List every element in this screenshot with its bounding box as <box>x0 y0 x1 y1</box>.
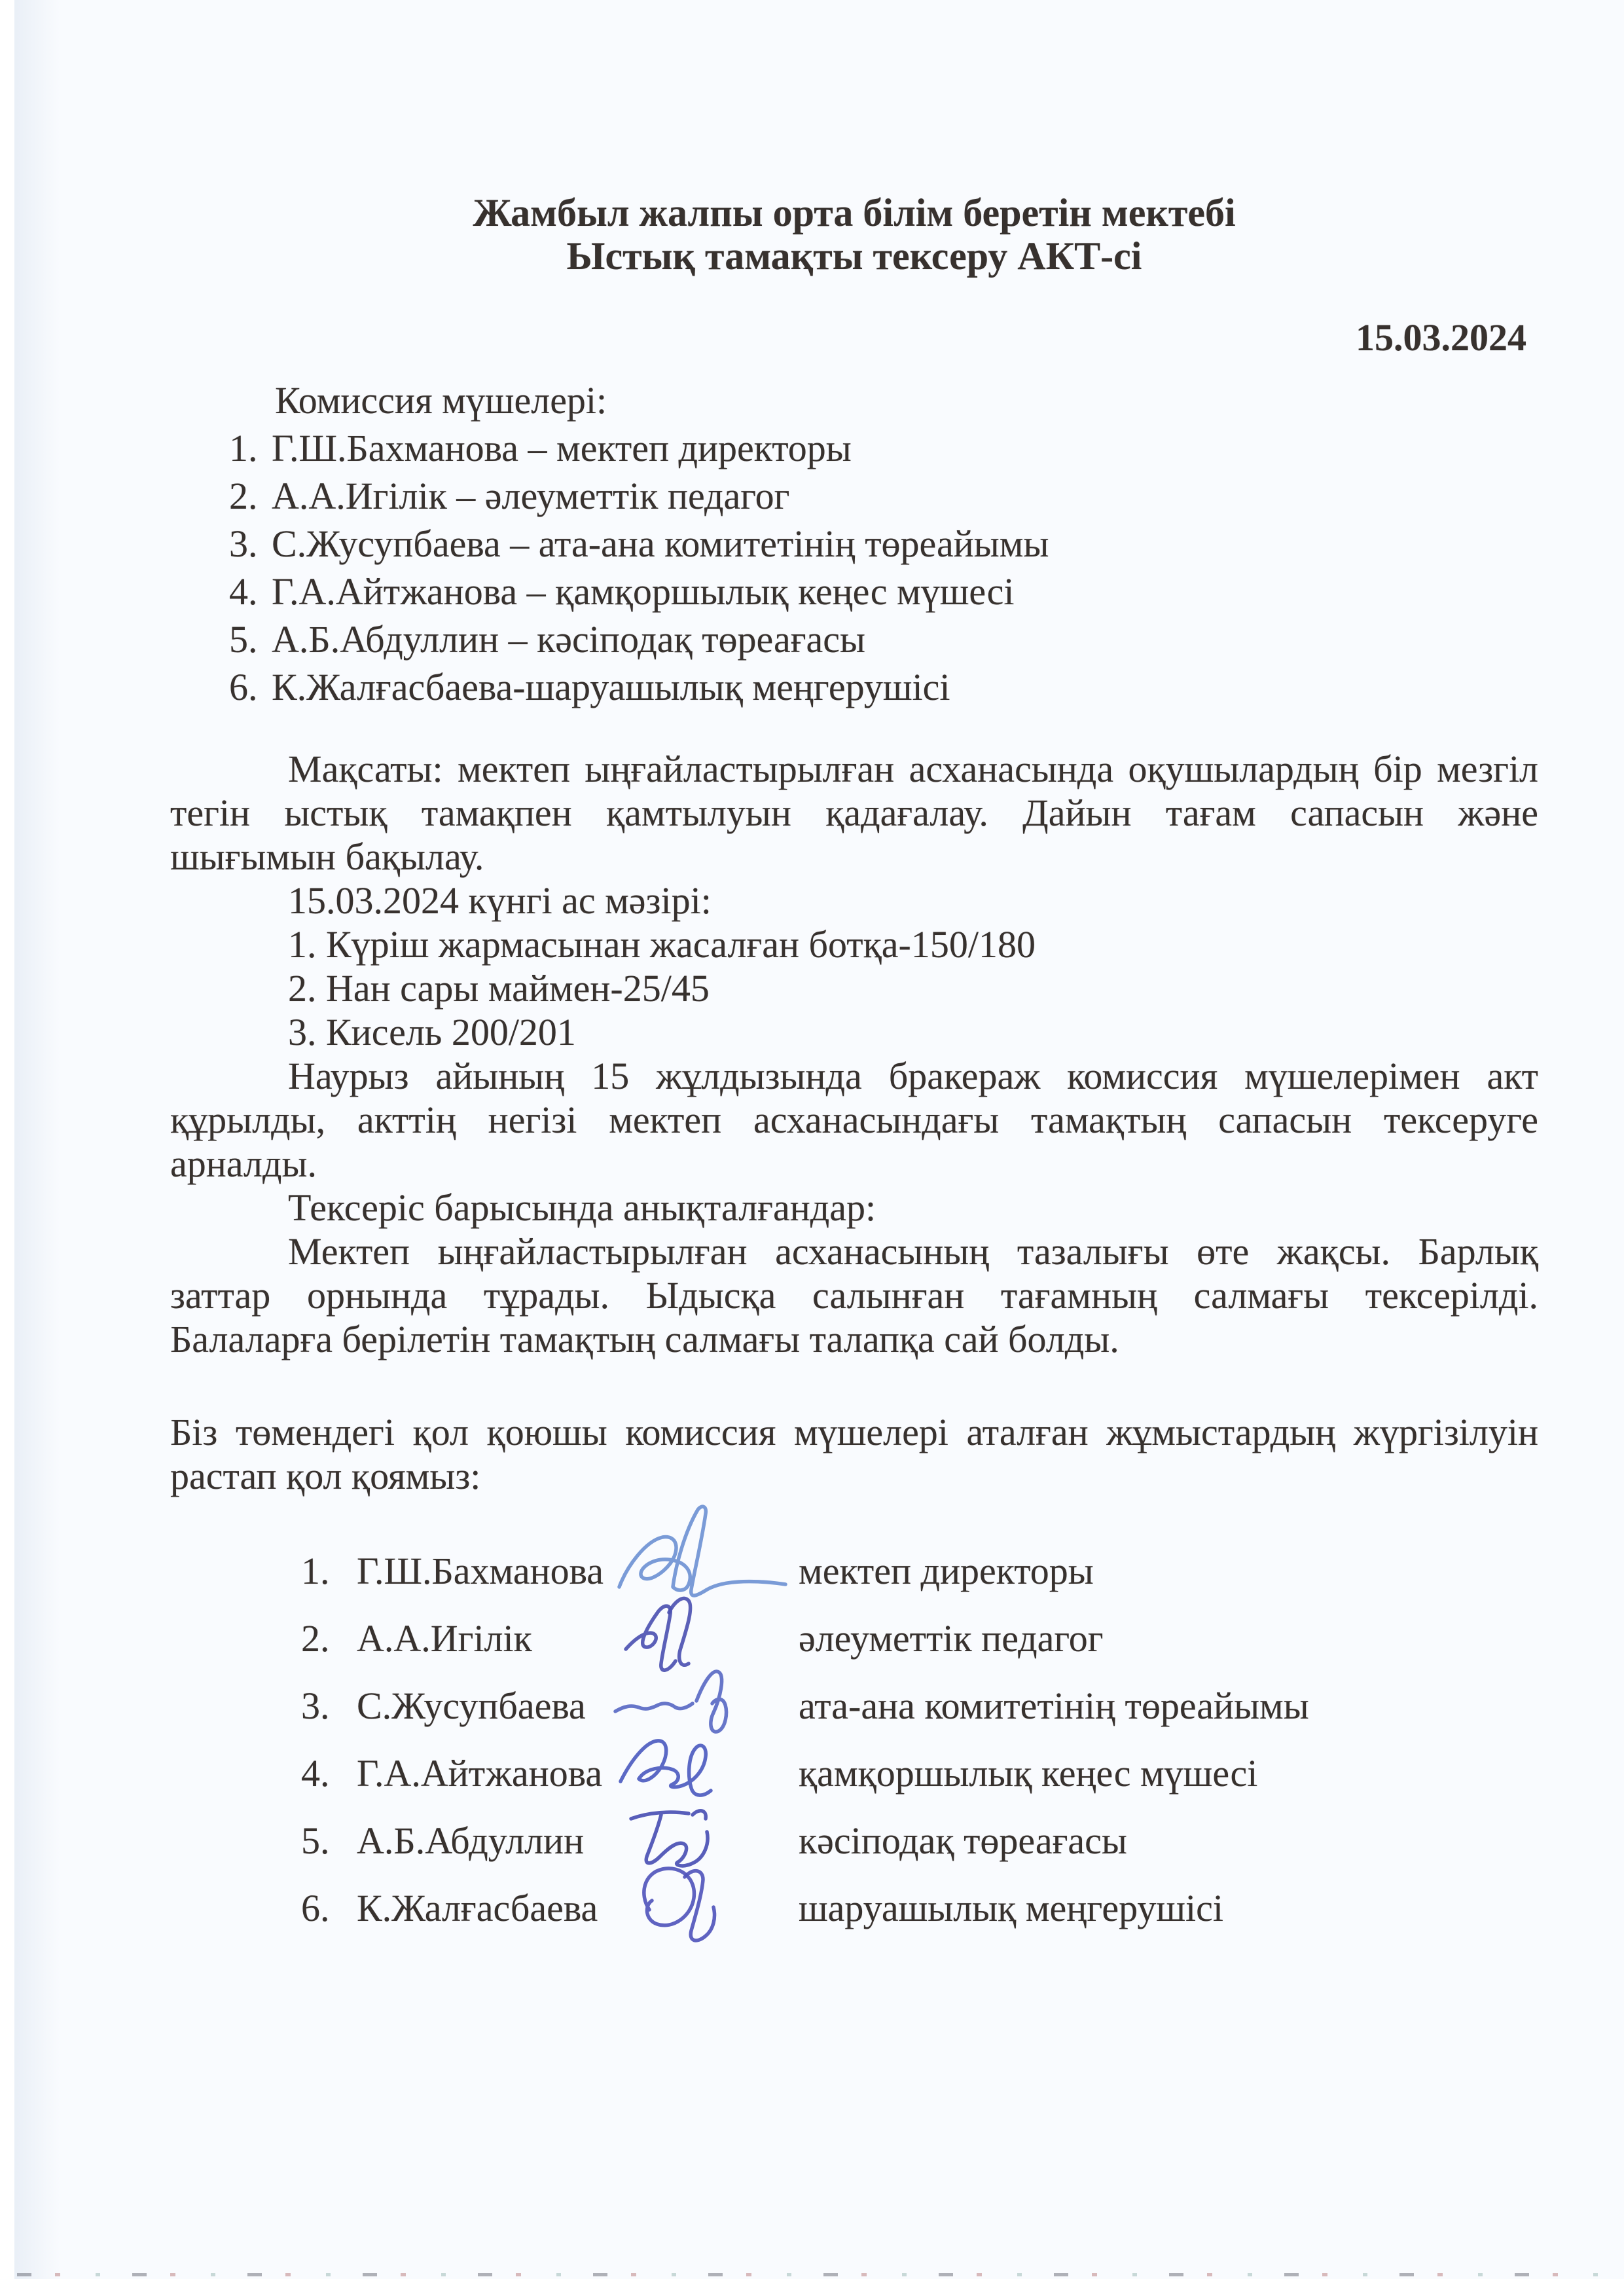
scanned-document-page: Жамбыл жалпы орта білім беретін мектебі … <box>0 0 1624 2296</box>
signature-name: Г.Ш.Бахманова <box>357 1537 615 1605</box>
signature-role: әлеуметтік педагог <box>799 1605 1538 1672</box>
scan-artifact-line <box>17 2273 1616 2276</box>
menu-item: 2. Нан сары маймен-25/45 <box>288 966 1538 1010</box>
member-number: 2. <box>229 472 272 520</box>
findings-paragraph: Мектеп ыңғайластырылған асханасының таза… <box>170 1230 1538 1361</box>
member-text: С.Жусупбаева – ата-ана комитетінің төреа… <box>272 520 1049 568</box>
signature-row: 4. Г.А.Айтжанова қамқоршылық кеңес мүшес… <box>301 1740 1538 1807</box>
signature-row: 3. С.Жусупбаева ата-ана комитетінің төре… <box>301 1672 1538 1740</box>
closing-line: растап қол қоямыз: <box>170 1454 1538 1498</box>
menu-item: 1. Күріш жармасынан жасалған ботқа-150/1… <box>288 922 1538 966</box>
member-text: А.Б.Абдуллин – кәсіподақ төреағасы <box>272 615 865 663</box>
purpose-line: Мақсаты: мектеп ыңғайластырылған асханас… <box>170 747 1538 791</box>
commission-section: Комиссия мүшелері: 1. Г.Ш.Бахманова – ме… <box>170 376 1538 711</box>
signature-role: мектеп директоры <box>799 1537 1538 1605</box>
findings-line: Мектеп ыңғайластырылған асханасының таза… <box>170 1230 1538 1273</box>
member-text: К.Жалғасбаева-шаруашылық меңгерушісі <box>272 663 950 711</box>
member-number: 6. <box>229 663 272 711</box>
closing-line: Біз төмендегі қол қоюшы комиссия мүшелер… <box>170 1410 1538 1454</box>
signature-number: 2. <box>301 1605 357 1672</box>
member-text: Г.Ш.Бахманова – мектеп директоры <box>272 424 852 472</box>
findings-line: Балаларға берілетін тамақтың салмағы тал… <box>170 1317 1538 1361</box>
signature-number: 3. <box>301 1672 357 1740</box>
commission-member: 3. С.Жусупбаева – ата-ана комитетінің тө… <box>229 520 1538 568</box>
signature-number: 5. <box>301 1807 357 1874</box>
commission-member: 4. Г.А.Айтжанова – қамқоршылық кеңес мүш… <box>229 568 1538 615</box>
signature-row: 1. Г.Ш.Бахманова мектеп директоры <box>301 1537 1538 1605</box>
menu-item: 3. Кисель 200/201 <box>288 1010 1538 1054</box>
signature-table: 1. Г.Ш.Бахманова мектеп директоры 2. А.А… <box>170 1537 1538 1942</box>
member-number: 3. <box>229 520 272 568</box>
document-date: 15.03.2024 <box>170 316 1538 359</box>
document-title-line2: Ыстық тамақты тексеру АКТ-сі <box>170 234 1538 278</box>
signature-name: К.Жалғасбаева <box>357 1874 615 1942</box>
commission-member: 1. Г.Ш.Бахманова – мектеп директоры <box>229 424 1538 472</box>
signature-name: А.Б.Абдуллин <box>357 1807 615 1874</box>
signature-role: қамқоршылық кеңес мүшесі <box>799 1740 1538 1807</box>
signature-row: 2. А.А.Игілік әлеуметтік педагог <box>301 1605 1538 1672</box>
signature-number: 6. <box>301 1874 357 1942</box>
member-number: 4. <box>229 568 272 615</box>
handwritten-signature <box>615 1874 799 1942</box>
act-line: арналды. <box>170 1142 1538 1186</box>
signature-role: ата-ана комитетінің төреайымы <box>799 1672 1538 1740</box>
findings-line: заттар орнында тұрады. Ыдысқа салынған т… <box>170 1273 1538 1317</box>
commission-member: 5. А.Б.Абдуллин – кәсіподақ төреағасы <box>229 615 1538 663</box>
commission-member: 2. А.А.Игілік – әлеуметтік педагог <box>229 472 1538 520</box>
document-content: Жамбыл жалпы орта білім беретін мектебі … <box>170 0 1538 1942</box>
act-line: құрылды, акттің негізі мектеп асханасынд… <box>170 1098 1538 1142</box>
act-paragraph: Наурыз айының 15 жұлдызында бракераж ком… <box>170 1054 1538 1186</box>
signature-name: Г.А.Айтжанова <box>357 1740 615 1807</box>
menu-heading: 15.03.2024 күнгі ас мәзірі: <box>288 879 1538 922</box>
member-text: А.А.Игілік – әлеуметтік педагог <box>272 472 789 520</box>
purpose-paragraph: Мақсаты: мектеп ыңғайластырылған асханас… <box>170 747 1538 879</box>
member-text: Г.А.Айтжанова – қамқоршылық кеңес мүшесі <box>272 568 1014 615</box>
act-line: Наурыз айының 15 жұлдызында бракераж ком… <box>170 1054 1538 1098</box>
member-number: 5. <box>229 615 272 663</box>
signature-number: 1. <box>301 1537 357 1605</box>
signature-role: кәсіподақ төреағасы <box>799 1807 1538 1874</box>
findings-heading: Тексеріс барысында анықталғандар: <box>170 1186 1538 1230</box>
signature-row: 5. А.Б.Абдуллин кәсіподақ төреағасы <box>301 1807 1538 1874</box>
signature-row: 6. К.Жалғасбаева шаруашылық меңгерушісі <box>301 1874 1538 1942</box>
document-title-line1: Жамбыл жалпы орта білім беретін мектебі <box>170 191 1538 234</box>
menu-section: 15.03.2024 күнгі ас мәзірі: 1. Күріш жар… <box>170 879 1538 1054</box>
member-number: 1. <box>229 424 272 472</box>
signature-name: А.А.Игілік <box>357 1605 615 1672</box>
purpose-line: тегін ыстық тамақпен қамтылуын қадағалау… <box>170 791 1538 835</box>
signature-number: 4. <box>301 1740 357 1807</box>
scan-left-shade <box>14 0 60 2296</box>
closing-paragraph: Біз төмендегі қол қоюшы комиссия мүшелер… <box>170 1410 1538 1498</box>
signature-ink-stroke <box>607 1840 804 1955</box>
commission-member: 6. К.Жалғасбаева-шаруашылық меңгерушісі <box>229 663 1538 711</box>
scan-edge-left <box>0 0 14 2296</box>
scan-edge-bottom <box>0 2279 1624 2296</box>
commission-heading: Комиссия мүшелері: <box>275 376 1538 424</box>
signature-name: С.Жусупбаева <box>357 1672 615 1740</box>
signature-role: шаруашылық меңгерушісі <box>799 1874 1538 1942</box>
purpose-line: шығымын бақылау. <box>170 835 1538 879</box>
